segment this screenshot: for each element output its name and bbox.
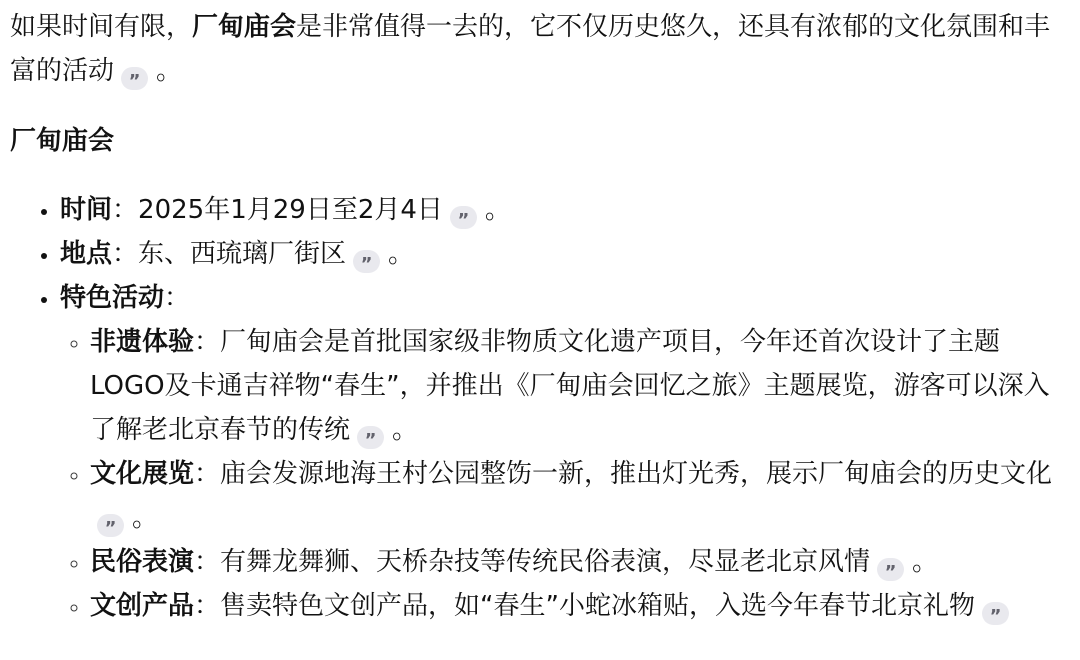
quote-citation-icon: ” [129, 73, 141, 91]
item-period: 。 [388, 239, 414, 269]
answer-content: 如果时间有限，厂甸庙会是非常值得一去的，它不仅历史悠久，还具有浓郁的文化氛围和丰… [0, 0, 1080, 633]
sub-list-item: 文化展览：庙会发源地海王村公园整饬一新，推出灯光秀，展示厂甸庙会的历史文化”。 [90, 452, 1066, 540]
bullet-list: 时间：2025年1月29日至2月4日”。地点：东、西琉璃厂街区”。特色活动：非遗… [10, 188, 1066, 628]
quote-citation-icon: ” [365, 432, 377, 450]
item-period: 。 [485, 195, 511, 225]
item-colon: ： [194, 459, 220, 489]
citation-badge[interactable]: ” [357, 426, 384, 449]
item-text: 2025年1月29日至2月4日 [138, 195, 443, 225]
citation-badge[interactable]: ” [121, 67, 148, 90]
item-colon: ： [194, 547, 220, 577]
item-text: 售卖特色文创产品，如“春生”小蛇冰箱贴，入选今年春节北京礼物 [220, 591, 975, 621]
item-colon: ： [164, 283, 190, 313]
intro-paragraph: 如果时间有限，厂甸庙会是非常值得一去的，它不仅历史悠久，还具有浓郁的文化氛围和丰… [10, 5, 1066, 93]
item-colon: ： [112, 195, 138, 225]
item-label: 非遗体验 [90, 327, 194, 357]
quote-citation-icon: ” [885, 564, 897, 582]
item-colon: ： [194, 327, 220, 357]
citation-badge[interactable]: ” [982, 602, 1009, 625]
item-period: 。 [392, 415, 418, 445]
item-period: 。 [132, 503, 158, 533]
sub-list-item: 民俗表演：有舞龙舞狮、天桥杂技等传统民俗表演，尽显老北京风情”。 [90, 540, 1066, 584]
item-label: 特色活动 [60, 283, 164, 313]
sub-bullet-list: 非遗体验：厂甸庙会是首批国家级非物质文化遗产项目，今年还首次设计了主题LOGO及… [60, 320, 1066, 628]
list-item: 时间：2025年1月29日至2月4日”。 [60, 188, 1066, 232]
item-period: 。 [912, 547, 938, 577]
citation-badge[interactable]: ” [353, 250, 380, 273]
item-colon: ： [194, 591, 220, 621]
quote-citation-icon: ” [990, 608, 1002, 626]
citation-badge[interactable]: ” [97, 514, 124, 537]
list-item: 地点：东、西琉璃厂街区”。 [60, 232, 1066, 276]
intro-text-bold: 厂甸庙会 [192, 12, 296, 42]
item-colon: ： [112, 239, 138, 269]
item-text: 有舞龙舞狮、天桥杂技等传统民俗表演，尽显老北京风情 [220, 547, 870, 577]
intro-period: 。 [156, 56, 182, 86]
section-heading: 厂甸庙会 [10, 119, 1066, 163]
item-label: 民俗表演 [90, 547, 194, 577]
intro-text-pre: 如果时间有限， [10, 12, 192, 42]
list-item: 特色活动：非遗体验：厂甸庙会是首批国家级非物质文化遗产项目，今年还首次设计了主题… [60, 276, 1066, 628]
item-label: 文化展览 [90, 459, 194, 489]
citation-badge[interactable]: ” [877, 558, 904, 581]
item-text: 庙会发源地海王村公园整饬一新，推出灯光秀，展示厂甸庙会的历史文化 [220, 459, 1052, 489]
sub-list-item: 文创产品：售卖特色文创产品，如“春生”小蛇冰箱贴，入选今年春节北京礼物” [90, 584, 1066, 628]
item-text: 厂甸庙会是首批国家级非物质文化遗产项目，今年还首次设计了主题LOGO及卡通吉祥物… [90, 327, 1050, 445]
quote-citation-icon: ” [105, 520, 117, 538]
quote-citation-icon: ” [361, 256, 373, 274]
sub-list-item: 非遗体验：厂甸庙会是首批国家级非物质文化遗产项目，今年还首次设计了主题LOGO及… [90, 320, 1066, 452]
item-label: 时间 [60, 195, 112, 225]
item-text: 东、西琉璃厂街区 [138, 239, 346, 269]
quote-citation-icon: ” [458, 212, 470, 230]
item-label: 地点 [60, 239, 112, 269]
citation-badge[interactable]: ” [450, 206, 477, 229]
item-label: 文创产品 [90, 591, 194, 621]
